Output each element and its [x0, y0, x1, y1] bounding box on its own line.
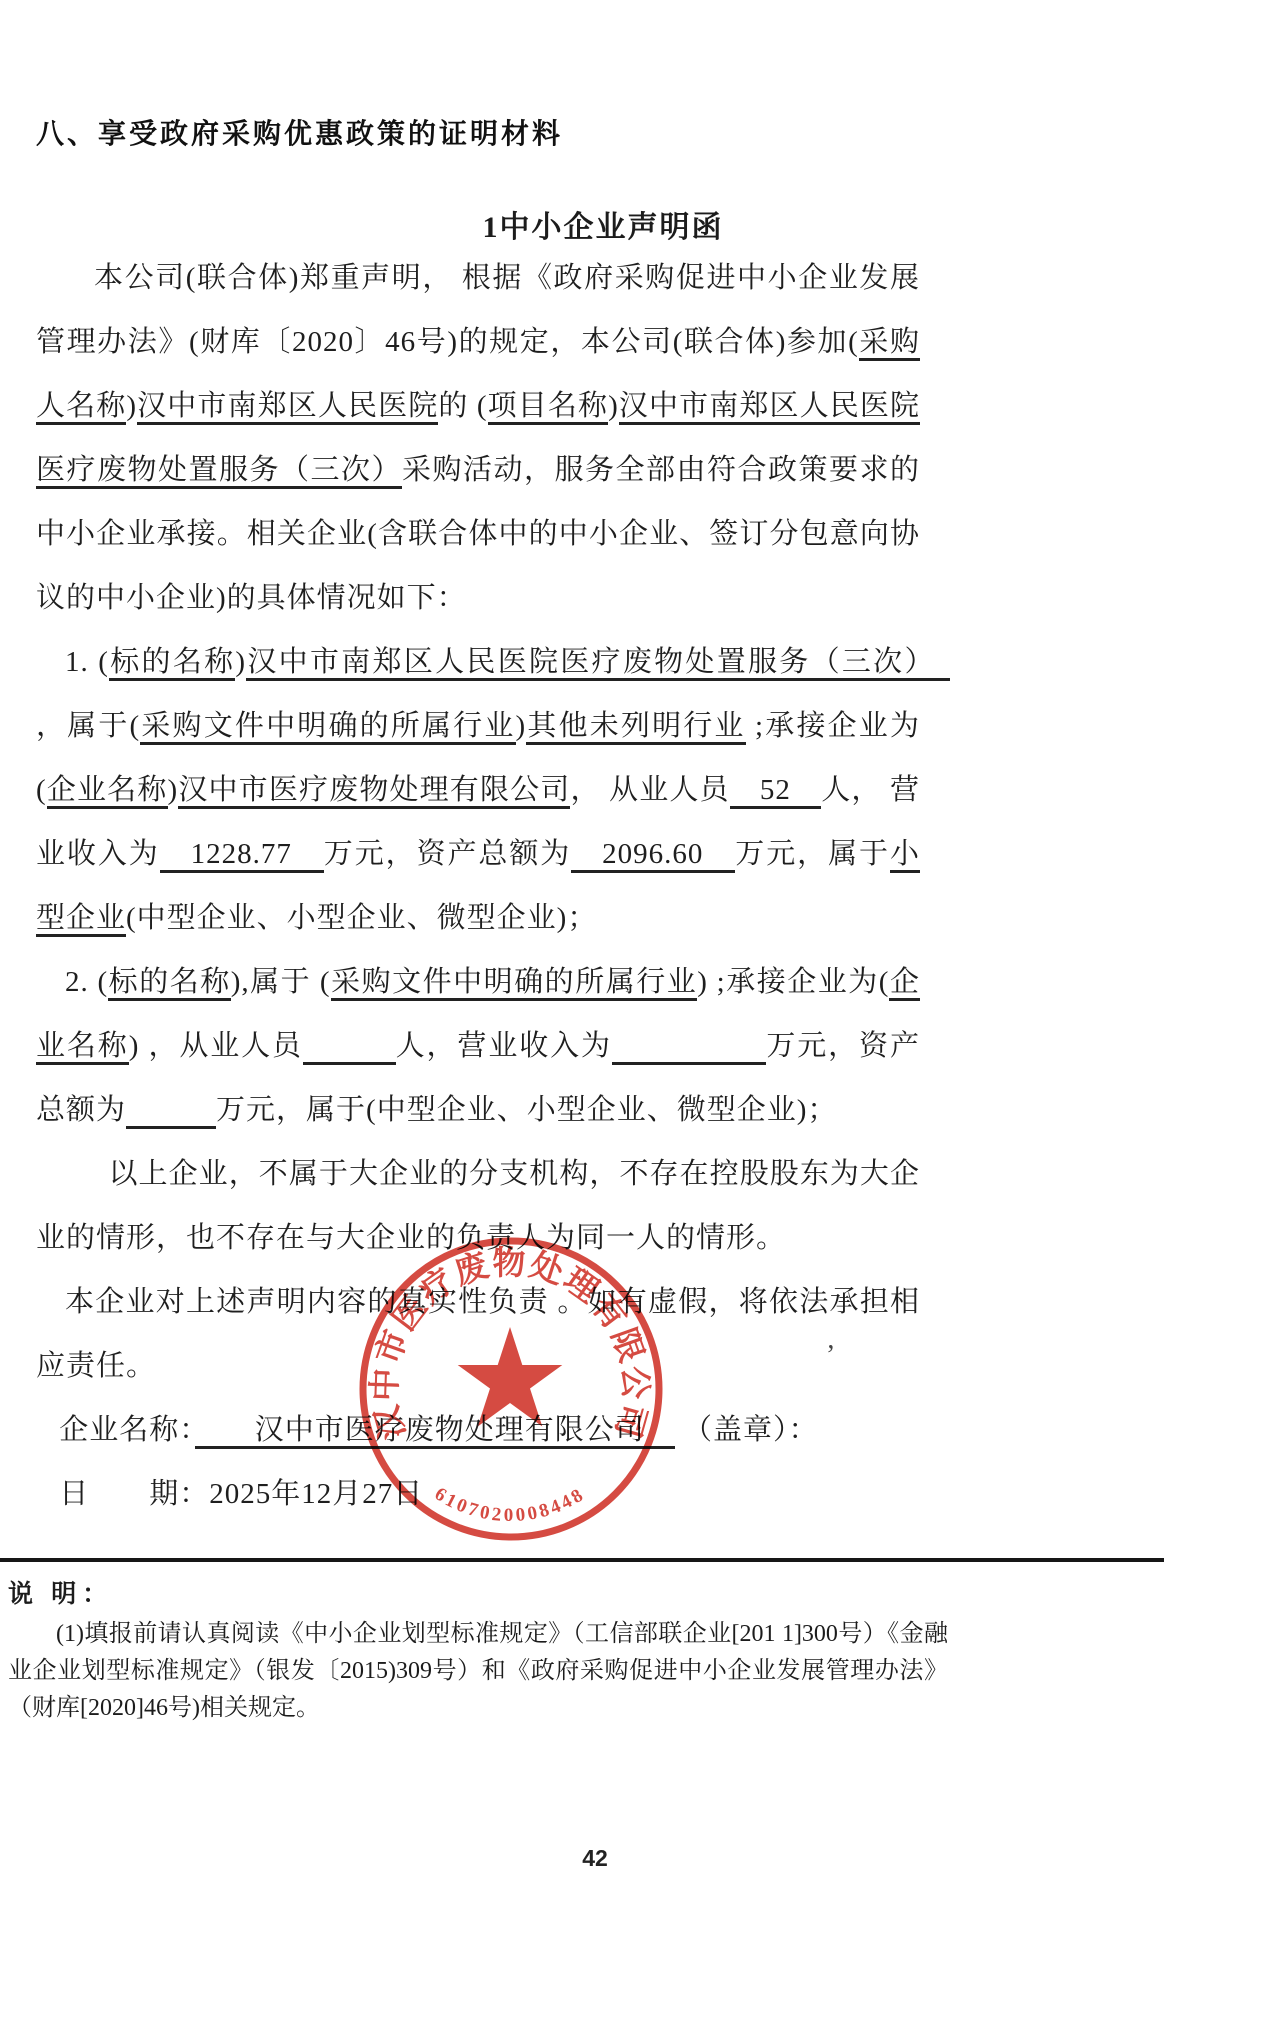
text-segment: ， 从业人员 [570, 774, 729, 806]
document-body: 八、享受政府采购优惠政策的证明材料 1中小企业声明函 本公司(联合体)郑重声明，… [36, 112, 920, 1526]
date-line: 日 期：2025年12月27日 [36, 1462, 920, 1526]
text-segment: 2. ( [65, 966, 108, 998]
text-segment: ) [235, 646, 246, 678]
filled-blank [303, 1030, 396, 1065]
text-segment: ) [168, 774, 179, 806]
para-no-branch-statement: 以上企业，不属于大企业的分支机构，不存在控股股东为大企业的情形，也不存在与大企业… [36, 1142, 920, 1270]
filled-blank: 采购文件中明确的所属行业 [140, 710, 515, 745]
text-segment: (中型企业、小型企业、微型企业)； [126, 902, 597, 934]
para-declaration: 本公司(联合体)郑重声明， 根据《政府采购促进中小企业发展管理办法》(财库〔20… [36, 246, 920, 630]
filled-blank: 汉中市医疗废物处理有限公司 [178, 774, 570, 809]
para-responsibility-statement: 本企业对上述声明内容的真实性负责 。如有虚假，将依法承担相应责任。 [36, 1270, 920, 1398]
filled-blank: 采购文件中明确的所属行业 [331, 966, 698, 1001]
document-page: { "page": { "heading": "八、享受政府采购优惠政策的证明材… [0, 0, 1280, 2025]
text-segment: （盖章）： [675, 1414, 819, 1446]
filled-blank: 汉中市南郑区人民医院医疗废物处置服务（三次） [246, 646, 950, 681]
stray-mark: ’ [826, 1340, 835, 1372]
page-number: 42 [0, 1845, 1190, 1872]
text-segment: 万元，属于(中型企业、小型企业、微型企业)； [216, 1094, 837, 1126]
text-segment: ),属于 ( [231, 966, 331, 998]
company-signature-line: 企业名称： 汉中市医疗废物处理有限公司 （盖章）： [36, 1398, 920, 1462]
text-segment: ) ;承接企业为( [697, 966, 889, 998]
text-segment: ，属于( [36, 710, 140, 742]
text-segment: ) [126, 390, 137, 422]
note-item-1: (1)填报前请认真阅读《中小企业划型标准规定》（工信部联企业[201 1]300… [8, 1616, 948, 1727]
footer-divider-line [0, 1558, 1164, 1562]
text-segment: ) [608, 390, 619, 422]
filled-blank: 企业名称 [47, 774, 168, 809]
notes-label: 说 明： [8, 1574, 948, 1610]
filled-blank [126, 1094, 216, 1129]
section-heading: 八、享受政府采购优惠政策的证明材料 [36, 112, 920, 152]
text-segment: ) ，从业人员 [129, 1030, 303, 1062]
filled-blank: 汉中市医疗废物处理有限公司 [195, 1414, 675, 1449]
notes-section: 说 明： (1)填报前请认真阅读《中小企业划型标准规定》（工信部联企业[201 … [8, 1574, 948, 1727]
text-segment: 万元，资产总额为 [324, 838, 571, 870]
document-title: 1中小企业声明函 [161, 202, 1045, 246]
text-segment: 万元，属于 [735, 838, 890, 870]
filled-blank: 项目名称 [488, 390, 609, 425]
filled-blank: 2096.60 [571, 838, 735, 873]
text-segment: 人，营业收入为 [396, 1030, 612, 1062]
text-segment: 企业名称： [59, 1414, 195, 1446]
filled-blank: 标的名称 [109, 646, 235, 681]
filled-blank [612, 1030, 766, 1065]
filled-blank: 汉中市南郑区人民医院 [137, 390, 438, 425]
filled-blank: 标的名称 [108, 966, 231, 1001]
filled-blank: 其他未列明行业 [526, 710, 745, 745]
text-segment: 的 ( [438, 390, 487, 422]
text-segment: 1. ( [65, 646, 109, 678]
text-segment: ) [516, 710, 527, 742]
filled-blank: 1228.77 [160, 838, 324, 873]
text-segment: 本公司(联合体)郑重声明， 根据《政府采购促进中小企业发展管理办法》(财库〔20… [36, 262, 920, 358]
para-item-1: 1. (标的名称)汉中市南郑区人民医院医疗废物处置服务（三次） ，属于(采购文件… [36, 630, 920, 950]
para-item-2: 2. (标的名称),属于 (采购文件中明确的所属行业) ;承接企业为(企业名称)… [36, 950, 920, 1142]
filled-blank: 52 [730, 774, 822, 809]
